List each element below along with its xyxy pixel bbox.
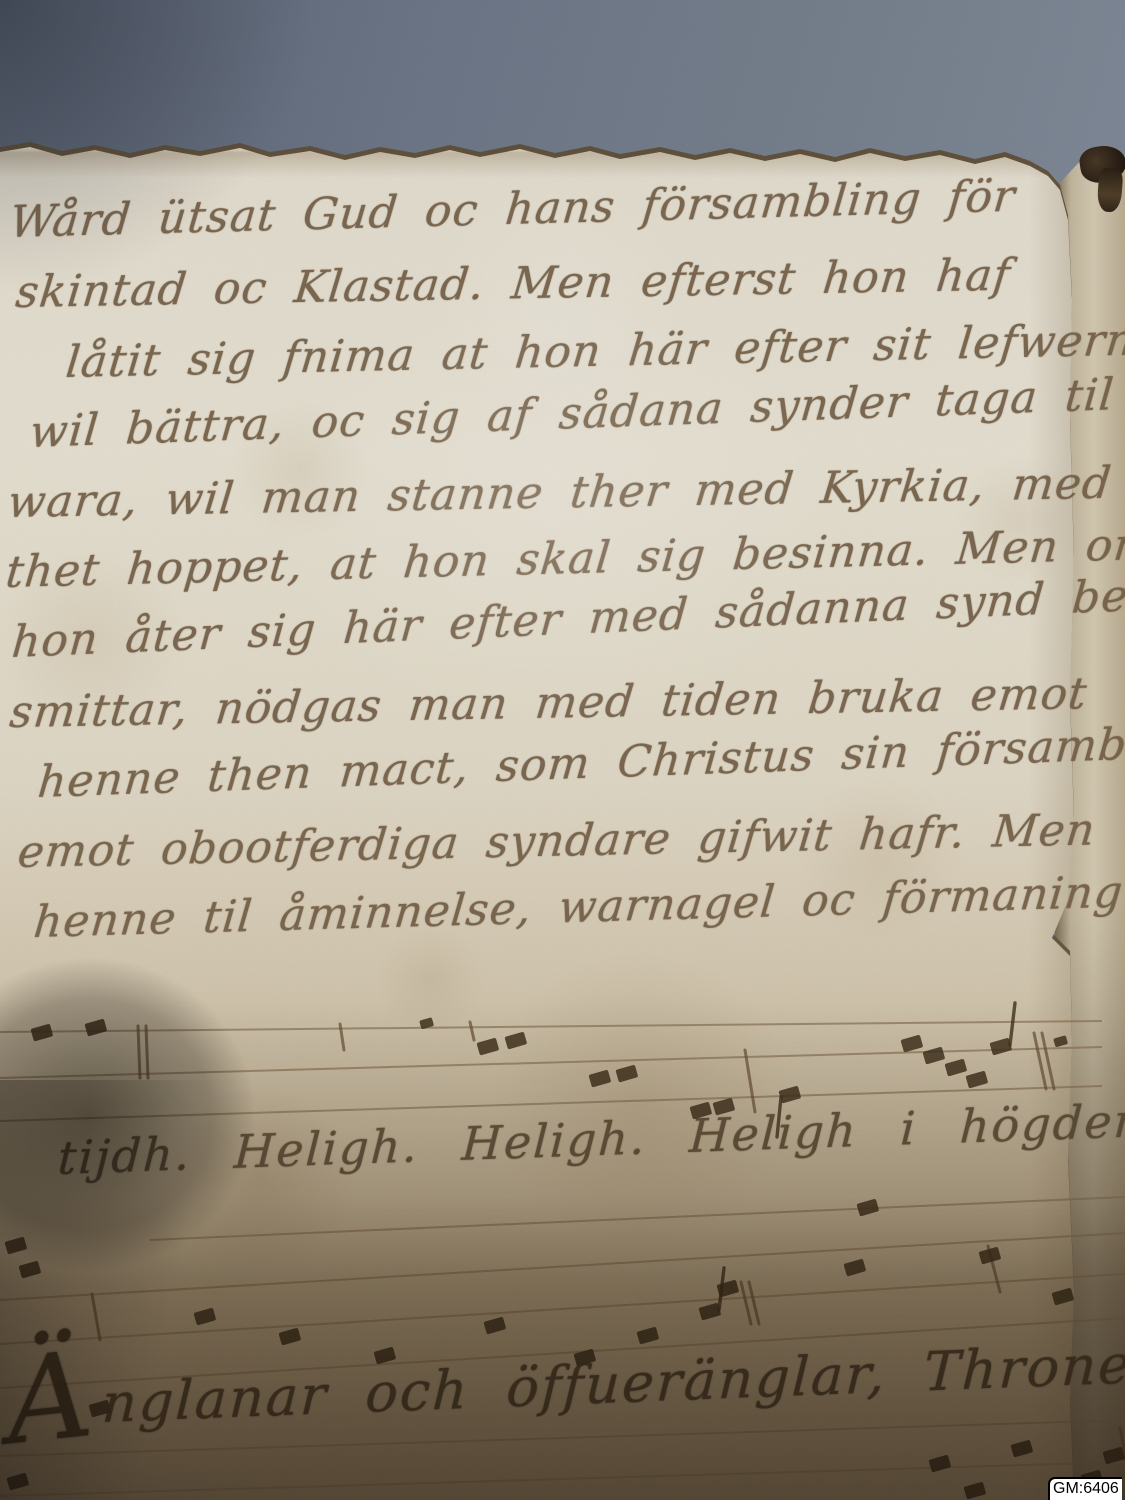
- music-note: [30, 1024, 53, 1042]
- music-note: [1051, 1288, 1074, 1306]
- music-lyric-line-2: nglanar och öffueränglar, Throner: [100, 1332, 1125, 1436]
- music-note: [944, 1059, 967, 1077]
- music-note: [689, 1102, 712, 1120]
- staff-line: [150, 1197, 1125, 1240]
- manuscript-line: Wård ütsat Gud oc hans försambling för: [7, 159, 1112, 258]
- lyric-initial-letter: Ä: [0, 1334, 97, 1462]
- barline: [146, 1026, 148, 1078]
- staff-line: [0, 1462, 1125, 1496]
- music-note: [712, 1098, 735, 1116]
- music-note: [1080, 1470, 1103, 1488]
- music-note: [18, 1261, 41, 1279]
- music-note: [856, 1199, 879, 1217]
- music-note: [278, 1328, 301, 1346]
- barline: [138, 1026, 140, 1078]
- staff-line: [0, 1086, 1102, 1121]
- barline: [470, 1022, 474, 1040]
- catalog-label: GM:6406: [1048, 1477, 1122, 1500]
- music-note: [698, 1303, 721, 1321]
- music-note: [476, 1038, 499, 1056]
- photo-vignette: [0, 0, 1125, 1500]
- shadow-left-edge: [0, 1080, 280, 1500]
- music-note: [716, 1280, 739, 1298]
- barline: [745, 1050, 755, 1112]
- manuscript-line: låtit sig fnima at hon här efter sit lef…: [62, 306, 1111, 398]
- barline: [988, 1246, 1000, 1292]
- manuscript-line: emot obootferdiga syndare gifwit hafr. M…: [14, 795, 1111, 888]
- music-note: [978, 1247, 1001, 1265]
- music-note: [922, 1047, 945, 1065]
- staff-line: [0, 1047, 1102, 1078]
- manuscript-line: smittar, nödgas man med tiden bruka emot: [6, 659, 1111, 748]
- shadow-music-area: [0, 1195, 1125, 1500]
- staff-line: [0, 1274, 1125, 1344]
- book-clasp: [1077, 143, 1125, 186]
- shadow-bottom-left: [0, 905, 310, 1325]
- manuscript-line: hon åter sig här efter med sådanna synd …: [9, 562, 1112, 678]
- staff-line: [0, 1318, 1125, 1388]
- music-note: [900, 1035, 923, 1053]
- music-note: [419, 1017, 434, 1029]
- barline: [749, 1282, 759, 1324]
- barline: [92, 1294, 100, 1340]
- music-note: [88, 1400, 111, 1418]
- manuscript-line: skintad oc Klastad. Men efterst hon haf: [12, 239, 1111, 328]
- music-note: [193, 1308, 216, 1326]
- light-sheen: [180, 230, 920, 790]
- staff-line: [0, 1420, 1125, 1456]
- music-note: [1053, 1035, 1068, 1047]
- music-note: [989, 1038, 1012, 1056]
- music-note: [504, 1032, 527, 1050]
- note-stem: [777, 1097, 781, 1137]
- staff-line: [0, 1233, 1125, 1300]
- music-note: [4, 1237, 27, 1255]
- music-note: [1010, 1440, 1033, 1458]
- barline: [1042, 1033, 1054, 1089]
- manuscript-line: henne til åminnelse, warnagel oc förmani…: [31, 858, 1112, 958]
- torn-edge-rim: [0, 0, 1106, 1495]
- music-note: [963, 1482, 986, 1500]
- shadow-bottom: [0, 1000, 1125, 1500]
- music-note: [778, 1086, 801, 1104]
- music-note: [965, 1071, 988, 1089]
- handwritten-text-block: Wård ütsat Gud oc hans försambling för s…: [0, 188, 1105, 958]
- music-note: [588, 1070, 611, 1088]
- music-note: [84, 1019, 107, 1037]
- music-note: [928, 1455, 951, 1473]
- staff-line: [0, 1021, 1102, 1032]
- book-clasp-tail: [1096, 167, 1123, 213]
- music-note: [615, 1065, 638, 1083]
- music-note: [1102, 1447, 1125, 1465]
- barline: [1034, 1033, 1046, 1089]
- barline: [340, 1024, 344, 1050]
- manuscript-page: [0, 0, 1106, 1500]
- photo-grain: [0, 0, 1125, 1500]
- barline: [741, 1282, 751, 1324]
- music-note: [573, 1349, 596, 1367]
- adjacent-page-sliver: [1055, 158, 1125, 1500]
- manuscript-line: wara, wil man stanne ther med Kyrkia, me…: [4, 449, 1111, 538]
- note-stem: [1010, 1003, 1015, 1045]
- barline: [1120, 1428, 1125, 1468]
- music-lyric-line-1: tijdh. Heligh. Heligh. Heligh i högdenne…: [56, 1087, 1125, 1188]
- music-notation: [0, 0, 1125, 1500]
- music-note: [843, 1259, 866, 1277]
- manuscript-line: henne then mact, som Christus sin försam…: [35, 711, 1112, 818]
- music-note: [6, 1473, 29, 1491]
- manuscript-line: wil bättra, oc sig af sådana synder taga…: [27, 361, 1112, 468]
- music-note: [373, 1347, 396, 1365]
- note-stem: [719, 1268, 724, 1310]
- manuscript-line: thet hoppet, at hon skal sig besinna. Me…: [3, 511, 1112, 608]
- music-note: [636, 1327, 659, 1345]
- museum-photo: Wård ütsat Gud oc hans försambling för s…: [0, 0, 1125, 1500]
- music-note: [483, 1317, 506, 1335]
